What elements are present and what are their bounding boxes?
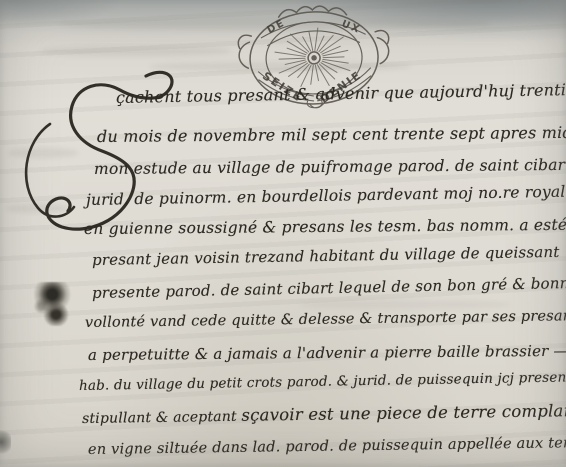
manuscript-line-7: presente parod. de saint cibart lequel d… bbox=[92, 274, 566, 302]
stamp-banner-text-left: DE bbox=[265, 17, 287, 36]
manuscript-line-12: en vigne siltuée dans lad. parod. de pui… bbox=[88, 435, 566, 458]
ink-blot-stain bbox=[34, 282, 72, 326]
ink-showthrough bbox=[300, 300, 510, 309]
manuscript-page: DE UX SEIZE DENIE çachent tous presant &… bbox=[0, 0, 566, 467]
line-11-lead: stipullant & aceptant bbox=[82, 409, 242, 427]
manuscript-line-9: a perpetuitte & a jamais a l'advenir a p… bbox=[88, 342, 566, 364]
manuscript-line-2: du mois de novembre mil sept cent trente… bbox=[97, 123, 566, 146]
stamp-banner-text-right: UX bbox=[340, 19, 363, 37]
line-11-emphasis: sçavoir est une piece de terre complanté… bbox=[241, 401, 566, 425]
manuscript-line-11: stipullant & aceptant sçavoir est une pi… bbox=[82, 401, 566, 427]
left-edge-mark bbox=[0, 430, 11, 454]
manuscript-line-5: en guienne soussigné & presans les tesm.… bbox=[84, 216, 566, 238]
ink-showthrough bbox=[40, 46, 230, 56]
manuscript-line-8: vollonté vand cede quitte & delesse & tr… bbox=[85, 308, 566, 331]
manuscript-line-3: mon estude au village de puifromage paro… bbox=[94, 156, 566, 178]
manuscript-line-10: hab. du village du petit crots parod. & … bbox=[79, 369, 566, 394]
